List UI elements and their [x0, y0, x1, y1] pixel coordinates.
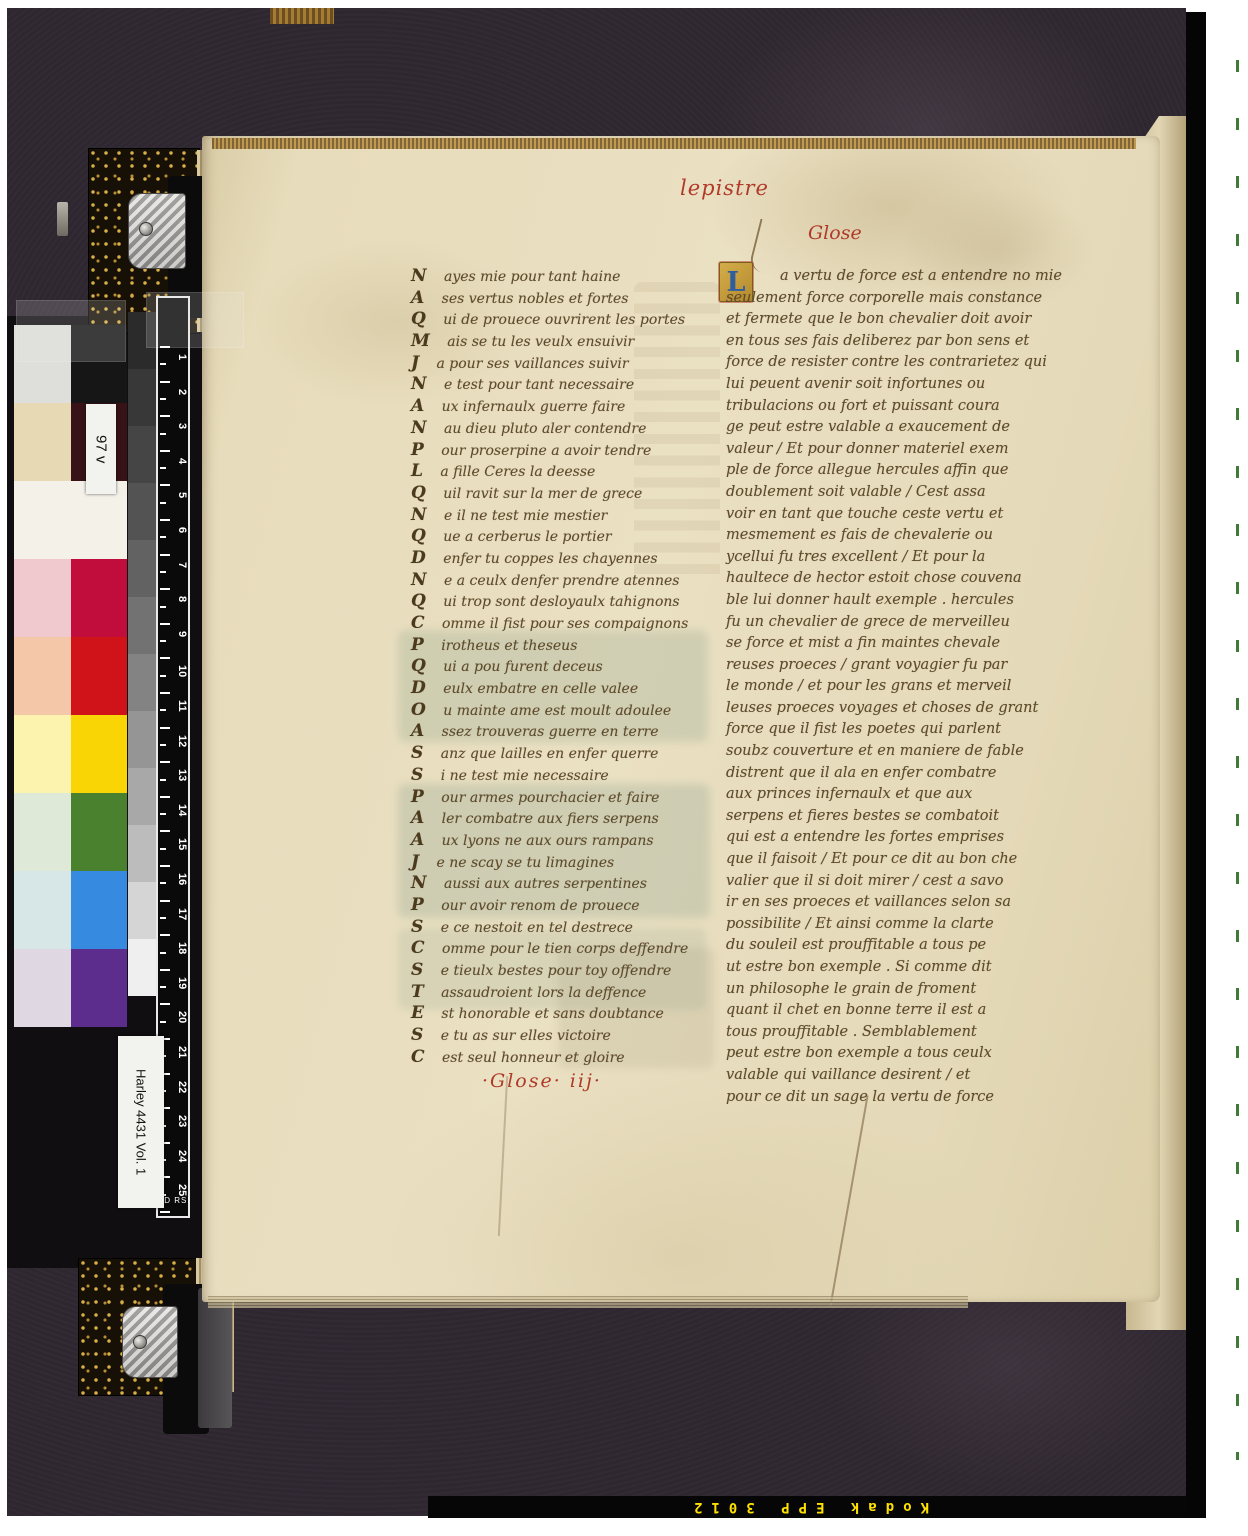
glose-heading: Glose	[808, 222, 862, 244]
vline: S i ne test mie necessaire	[411, 765, 723, 787]
vline: A ux lyons ne aux ours rampans	[411, 830, 723, 852]
ruler-tick	[160, 502, 166, 504]
cb-row	[14, 793, 127, 871]
ruler-num: 2	[172, 389, 188, 415]
gray-tab-bottom	[198, 1288, 232, 1428]
gline: ple de force allegue hercules affin que	[726, 460, 1076, 482]
gline: force de resister contre les contrariete…	[726, 352, 1076, 374]
verse-column: N ayes mie pour tant haineA ses vertus n…	[411, 266, 723, 1068]
gs-step	[128, 882, 157, 939]
gs-step	[128, 825, 157, 882]
film-rebate-strip: Kodak EPP 3012	[428, 1496, 1186, 1518]
cb-row	[14, 559, 127, 637]
ruler-tick	[160, 450, 170, 452]
gline: lui peuent avenir soit infortunes ou	[726, 374, 1076, 396]
vline: C omme pour le tien corps deffendre	[411, 938, 723, 960]
film-edge-marks	[1236, 60, 1239, 1460]
ruler-tick	[160, 606, 166, 608]
gline: peut estre bon exemple a tous ceulx	[726, 1043, 1076, 1065]
gline: qui est a entendre les fortes emprises	[726, 827, 1076, 849]
ruler-tick	[160, 709, 166, 711]
gline: et fermete que le bon chevalier doit avo…	[726, 309, 1076, 331]
vline: C est seul honneur et gloire	[411, 1047, 723, 1069]
ruler-tick	[160, 381, 170, 383]
gs-step	[128, 597, 157, 654]
ruler-num: 23	[172, 1115, 188, 1141]
gline: tribulacions ou fort et puissant coura	[726, 396, 1076, 418]
ruler-num: 21	[172, 1046, 188, 1072]
cb-row	[14, 871, 127, 949]
gline: ut estre bon exemple . Si comme dit	[726, 957, 1076, 979]
gline: distrent que il ala en enfer combatre	[726, 763, 1076, 785]
gline: en tous ses fais deliberez par bon sens …	[726, 331, 1076, 353]
ruler-tick	[160, 467, 166, 469]
gline: seulement force corporelle mais constanc…	[726, 288, 1076, 310]
gline: ble lui donner hault exemple . hercules	[726, 590, 1076, 612]
gline: possibilite / Et ainsi comme la clarte	[726, 914, 1076, 936]
gline: soubz couverture et en maniere de fable	[726, 741, 1076, 763]
vline: Q uil ravit sur la mer de grece	[411, 483, 723, 505]
vline: N e a ceulx denfer prendre atennes	[411, 570, 723, 592]
color-swatch	[14, 715, 71, 793]
vline: N e test pour tant necessaire	[411, 374, 723, 396]
ruler-num: 16	[172, 873, 188, 899]
gline: doublement soit valable / Cest assa	[726, 482, 1076, 504]
clip-rivet	[133, 1335, 147, 1349]
gs-step	[128, 426, 157, 483]
vline: J a pour ses vaillances suivir	[411, 353, 723, 375]
vline: C omme il fist pour ses compaignons	[411, 613, 723, 635]
cb-row	[14, 637, 127, 715]
glose-column: a vertu de force est a entendre no miese…	[726, 266, 1076, 1108]
ruler-tick	[160, 917, 166, 919]
film-border-left	[0, 0, 7, 1536]
gline: se force et mist a fin maintes chevale	[726, 633, 1076, 655]
vline: N au dieu pluto aler contendre	[411, 418, 723, 440]
gline: le monde / et pour les grans et merveil	[726, 676, 1076, 698]
gline: ge peut estre valable a exaucement de	[726, 417, 1076, 439]
ruler-num: 9	[172, 631, 188, 657]
metal-clip-top	[128, 193, 186, 269]
ruler-num: 6	[172, 527, 188, 553]
ruler-num: 4	[172, 458, 188, 484]
vline: N ayes mie pour tant haine	[411, 266, 723, 288]
ruler-tick	[160, 761, 170, 763]
vline: L a fille Ceres la deesse	[411, 461, 723, 483]
ruler-tick	[160, 675, 166, 677]
vline: A ssez trouveras guerre en terre	[411, 721, 723, 743]
gline: serpens et fieres bestes se combatoit	[726, 806, 1076, 828]
ruler-tick	[160, 813, 166, 815]
ruler-tick	[160, 848, 166, 850]
gline: du souleil est prouffitable a tous pe	[726, 935, 1076, 957]
gs-step	[128, 540, 157, 597]
ruler-tick	[160, 363, 166, 365]
page-bottom-edges	[208, 1296, 968, 1308]
ruler-tick	[160, 744, 166, 746]
gs-step	[128, 483, 157, 540]
gline: mesmement es fais de chevalerie ou	[726, 525, 1076, 547]
ruler-tick	[160, 519, 170, 521]
photographed-manuscript-screenshot: lepistre Glose ·Glose· iij· L N ayes mie…	[0, 0, 1248, 1536]
gline: voir en tant que touche ceste vertu et	[726, 504, 1076, 526]
ruler-num: 8	[172, 596, 188, 622]
metal-fitting	[57, 202, 68, 236]
gline: leuses proeces voyages et choses de gran…	[726, 698, 1076, 720]
ruler-num: 17	[172, 908, 188, 934]
ruler-tick	[160, 1211, 170, 1213]
running-title: lepistre	[680, 176, 769, 200]
color-swatch	[14, 481, 71, 559]
gline: force que il fist les poetes qui parlent	[726, 719, 1076, 741]
film-border-right	[1206, 0, 1248, 1536]
vline: P our proserpine a avoir tendre	[411, 440, 723, 462]
vline: S e tu as sur elles victoire	[411, 1025, 723, 1047]
tape	[16, 300, 126, 362]
vline: M ais se tu les veulx ensuivir	[411, 331, 723, 353]
cb-row	[14, 715, 127, 793]
color-swatch	[71, 637, 128, 715]
vline: Q ue a cerberus le portier	[411, 526, 723, 548]
gline: valable qui vaillance desirent / et	[726, 1065, 1076, 1087]
ruler-num: 14	[172, 804, 188, 830]
ruler-tick	[160, 415, 170, 417]
gline: haultece de hector estoit chose couvena	[726, 568, 1076, 590]
color-swatch	[71, 559, 128, 637]
ruler-num: 7	[172, 562, 188, 588]
ruler-tick	[160, 657, 170, 659]
gline: quant il chet en bonne terre il est a	[726, 1000, 1076, 1022]
vline: S e ce nestoit en tel destrece	[411, 917, 723, 939]
ruler-tick	[160, 398, 166, 400]
ruler-tick	[160, 830, 170, 832]
vline: D enfer tu coppes les chayennes	[411, 548, 723, 570]
vline: P irotheus et theseus	[411, 635, 723, 657]
ruler-num: 20	[172, 1011, 188, 1037]
ruler-tick	[160, 692, 170, 694]
vline: Q ui de prouece ouvrirent les portes	[411, 309, 723, 331]
color-swatch	[14, 403, 71, 481]
ruler-tick	[160, 900, 170, 902]
gline: tous prouffitable . Semblablement	[726, 1022, 1076, 1044]
vline: P our avoir renom de prouece	[411, 895, 723, 917]
gline: ycellui fu tres excellent / Et pour la	[726, 547, 1076, 569]
metal-clip-bottom	[122, 1306, 178, 1378]
ruler-num: 22	[172, 1081, 188, 1107]
ruler-tick	[160, 588, 170, 590]
color-swatch	[71, 793, 128, 871]
clip-rivet	[139, 222, 153, 236]
ruler-tick	[160, 952, 166, 954]
vline: A ux infernaulx guerre faire	[411, 396, 723, 418]
ruler-tick	[160, 934, 170, 936]
parchment-page: lepistre Glose ·Glose· iij· L N ayes mie…	[202, 136, 1160, 1302]
gline: reuses proeces / grant voyagier fu par	[726, 655, 1076, 677]
color-swatch	[71, 949, 128, 1027]
shelfmark-label: Harley 4431 Vol. 1	[118, 1036, 164, 1208]
folio-number-label: 97 v	[86, 404, 116, 494]
ruler-num: 12	[172, 735, 188, 761]
gline: pour ce dit un sage la vertu de force	[726, 1087, 1076, 1109]
ruler-tick	[160, 623, 170, 625]
cb-row	[14, 949, 127, 1027]
vline: N aussi aux autres serpentines	[411, 873, 723, 895]
ruler-num: 24	[172, 1150, 188, 1176]
ruler-num: 1	[172, 354, 188, 380]
ruler-tick	[160, 882, 166, 884]
vline: P our armes pourchacier et faire	[411, 787, 723, 809]
ruler-tick	[160, 536, 166, 538]
ruler-tick	[160, 1003, 170, 1005]
vline: O u mainte ame est moult adoulee	[411, 700, 723, 722]
vline: E st honorable et sans doubtance	[411, 1003, 723, 1025]
pen-trial-stroke	[829, 1095, 868, 1306]
color-swatch	[71, 871, 128, 949]
color-swatch	[14, 949, 71, 1027]
gline: aux princes infernaulx et que aux	[726, 784, 1076, 806]
ruler-tick	[160, 986, 166, 988]
vline: D eulx embatre en celle valee	[411, 678, 723, 700]
film-stock-text: Kodak EPP 3012	[685, 1499, 929, 1515]
gline: fu un chevalier de grece de merveilleu	[726, 612, 1076, 634]
ruler-num: 19	[172, 977, 188, 1003]
grayscale-step-wedge	[128, 312, 157, 996]
color-swatch	[14, 793, 71, 871]
ruler-tick	[160, 796, 170, 798]
glose-footer: ·Glose· iij·	[482, 1070, 602, 1092]
film-border-bottom	[0, 1518, 1248, 1536]
ruler-num: 5	[172, 492, 188, 518]
vline: S anz que lailles en enfer querre	[411, 743, 723, 765]
vline: S e tieulx bestes pour toy offendre	[411, 960, 723, 982]
ruler-num: 11	[172, 700, 188, 726]
gline: valeur / Et pour donner materiel exem	[726, 439, 1076, 461]
gline: a vertu de force est a entendre no mie	[726, 266, 1076, 288]
ruler-num: 10	[172, 665, 188, 691]
color-swatch	[71, 715, 128, 793]
pen-trial-stroke	[498, 1076, 508, 1236]
film-edge-black	[1186, 12, 1206, 1522]
tape	[146, 292, 244, 348]
ruler-tick	[160, 865, 170, 867]
ruler-num: 13	[172, 769, 188, 795]
film-border-top	[0, 0, 1248, 8]
gline: valier que il si doit mirer / cest a sav…	[726, 871, 1076, 893]
gline: que il faisoit / Et pour ce dit au bon c…	[726, 849, 1076, 871]
ruler-tick	[160, 484, 170, 486]
vline: T assaudroient lors la deffence	[411, 982, 723, 1004]
gs-step	[128, 768, 157, 825]
gs-step	[128, 711, 157, 768]
color-swatch	[14, 871, 71, 949]
ruler-tick	[160, 571, 166, 573]
ruler-tick	[160, 433, 166, 435]
vline: N e il ne test mie mestier	[411, 505, 723, 527]
gilt-page-top-edge	[212, 138, 1136, 149]
gline: un philosophe le grain de froment	[726, 979, 1076, 1001]
ruler-tick	[160, 640, 166, 642]
gline: ir en ses proeces et vaillances selon sa	[726, 892, 1076, 914]
ruler-tick	[160, 1021, 166, 1023]
vline: Q ui a pou furent deceus	[411, 656, 723, 678]
vline: A ler combatre aux fiers serpens	[411, 808, 723, 830]
ruler-tick	[160, 554, 170, 556]
ruler-num: 15	[172, 838, 188, 864]
gs-step	[128, 654, 157, 711]
color-swatch	[14, 637, 71, 715]
vline: Q ui trop sont desloyaulx tahignons	[411, 591, 723, 613]
ruler-num: 3	[172, 423, 188, 449]
vline: J e ne scay se tu limagines	[411, 852, 723, 874]
ruler-num: 18	[172, 942, 188, 968]
ruler-tick	[160, 779, 166, 781]
ruler-tick	[160, 727, 170, 729]
color-swatch	[14, 559, 71, 637]
ruler-tick	[160, 969, 170, 971]
vline: A ses vertus nobles et fortes	[411, 288, 723, 310]
gs-step	[128, 939, 157, 996]
gs-step	[128, 369, 157, 426]
